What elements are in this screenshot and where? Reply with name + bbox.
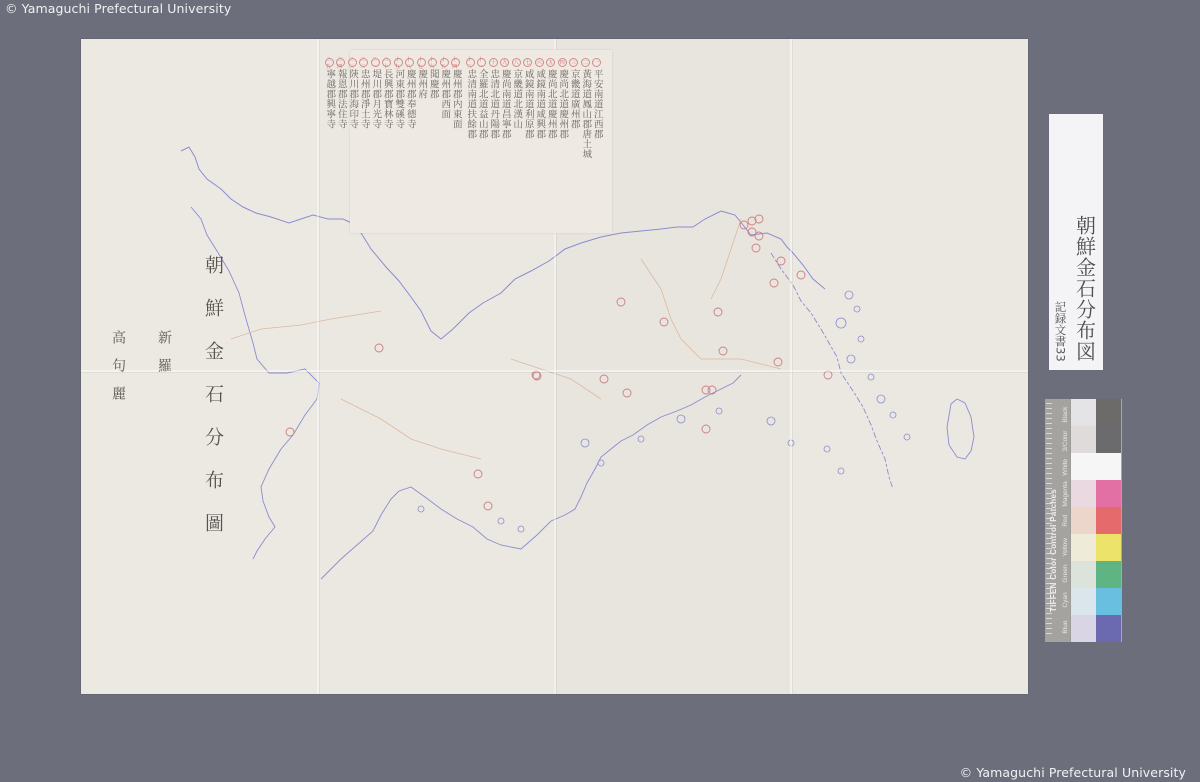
legend-entry: 二黃海道鳳山郡唐土城 bbox=[580, 58, 591, 225]
legend-entry: 二五寧越郡興寧寺 bbox=[324, 58, 335, 225]
region-keys: 新羅 bbox=[154, 255, 174, 556]
site-number: 二 bbox=[581, 58, 590, 67]
site-number: 九 bbox=[500, 58, 509, 67]
card-ruler: TIFFEN Color Control Patches Black 3/Col… bbox=[1045, 399, 1071, 642]
site-number: 十五 bbox=[440, 58, 449, 67]
legend-entry: 十八慶州郡奉德寺 bbox=[405, 58, 416, 225]
legend-entry: 十一全羅北道益山郡 bbox=[477, 58, 488, 225]
site-number: 十七 bbox=[417, 58, 426, 67]
site-number: 五 bbox=[546, 58, 555, 67]
legend-entry: 十四慶州郡内東面 bbox=[451, 58, 462, 225]
dark-patches bbox=[1096, 399, 1121, 642]
site-number: 十九 bbox=[394, 58, 403, 67]
legend-entry: 二四報恩郡法住寺 bbox=[336, 58, 347, 225]
site-number: 十二 bbox=[466, 58, 475, 67]
color-patch-dark-red bbox=[1096, 507, 1121, 534]
color-patch-dark-green bbox=[1096, 561, 1121, 588]
legend-column-right: 一平安南道江西郡 二黃海道鳳山郡唐土城 三京畿道廣州郡 四慶尚北道慶州郡 五慶尚… bbox=[465, 58, 602, 225]
fold-line bbox=[317, 39, 319, 694]
archive-series: 記録文書33 bbox=[1053, 301, 1069, 362]
legend-entry: 二三陝川郡海印寺 bbox=[347, 58, 358, 225]
color-patch-dark-white bbox=[1096, 453, 1121, 480]
color-patch-light-red bbox=[1071, 507, 1096, 534]
site-number: 十四 bbox=[451, 58, 460, 67]
patch-names: Black 3/Color White Magenta Red Yellow G… bbox=[1062, 401, 1069, 640]
site-number: 七 bbox=[523, 58, 532, 67]
legend-entry: 八京畿道北漢山 bbox=[511, 58, 522, 225]
color-control-card: TIFFEN Color Control Patches Black 3/Col… bbox=[1045, 399, 1122, 642]
color-patch-light-magenta bbox=[1071, 480, 1096, 507]
legend-entry: 二一堤川郡月光寺 bbox=[370, 58, 381, 225]
color-patch-dark-3color bbox=[1096, 426, 1121, 453]
site-number: 六 bbox=[535, 58, 544, 67]
site-number: 八 bbox=[512, 58, 521, 67]
site-number: 十一 bbox=[477, 58, 486, 67]
map-legend: 一平安南道江西郡 二黃海道鳳山郡唐土城 三京畿道廣州郡 四慶尚北道慶州郡 五慶尚… bbox=[350, 50, 612, 233]
legend-entry: 十九河東郡雙磎寺 bbox=[393, 58, 404, 225]
fold-line bbox=[790, 39, 792, 694]
site-number: 一 bbox=[592, 58, 601, 67]
color-patch-light-yellow bbox=[1071, 534, 1096, 561]
legend-entry: 一平安南道江西郡 bbox=[592, 58, 603, 225]
color-patch-light-3color bbox=[1071, 426, 1096, 453]
site-number: 二十 bbox=[382, 58, 391, 67]
site-number: 十八 bbox=[405, 58, 414, 67]
copyright-top: © Yamaguchi Prefectural University bbox=[5, 1, 231, 16]
color-patch-light-green bbox=[1071, 561, 1096, 588]
legend-entry: 十二忠清南道扶餘郡 bbox=[465, 58, 476, 225]
site-number: 十六 bbox=[428, 58, 437, 67]
site-number: 二一 bbox=[371, 58, 380, 67]
archive-label: 朝鮮金石分布図 記録文書33 bbox=[1049, 114, 1103, 370]
legend-entry: 十五慶州郡西面 bbox=[439, 58, 450, 225]
legend-entry: 七咸鏡南道利原郡 bbox=[523, 58, 534, 225]
copyright-bottom: © Yamaguchi Prefectural University bbox=[960, 765, 1186, 780]
site-number: 四 bbox=[558, 58, 567, 67]
map-title-block: 朝鮮金石分布圖 新羅 高句麗 bbox=[108, 255, 227, 556]
color-patch-light-cyan bbox=[1071, 588, 1096, 615]
legend-entry: 三京畿道廣州郡 bbox=[569, 58, 580, 225]
legend-entry: 十七慶州府 bbox=[416, 58, 427, 225]
map-title: 朝鮮金石分布圖 bbox=[200, 255, 227, 556]
legend-entry: 五慶尚北道慶州郡 bbox=[546, 58, 557, 225]
site-number: 二三 bbox=[348, 58, 357, 67]
legend-entry: 十忠清北道丹陽郡 bbox=[488, 58, 499, 225]
color-patch-dark-cyan bbox=[1096, 588, 1121, 615]
archive-title: 朝鮮金石分布図 bbox=[1071, 215, 1100, 362]
color-patch-dark-magenta bbox=[1096, 480, 1121, 507]
legend-entry: 四慶尚北道慶州郡 bbox=[557, 58, 568, 225]
color-patch-light-white bbox=[1071, 453, 1096, 480]
light-patches bbox=[1071, 399, 1096, 642]
legend-entry: 十六聞慶郡 bbox=[428, 58, 439, 225]
legend-column-left: 十四慶州郡内東面 十五慶州郡西面 十六聞慶郡 十七慶州府 十八慶州郡奉德寺 十九… bbox=[324, 58, 461, 225]
region-key-silla: 新羅 bbox=[154, 330, 174, 386]
legend-entry: 九慶尚南道昌寧郡 bbox=[500, 58, 511, 225]
site-number: 二五 bbox=[325, 58, 334, 67]
color-patch-dark-black bbox=[1096, 399, 1121, 426]
site-number: 二二 bbox=[359, 58, 368, 67]
color-patch-dark-yellow bbox=[1096, 534, 1121, 561]
legend-entry: 二二忠州郡淨土寺 bbox=[359, 58, 370, 225]
color-patch-light-blue bbox=[1071, 615, 1096, 642]
region-key-goguryeo: 高句麗 bbox=[108, 330, 128, 414]
site-number: 十 bbox=[489, 58, 498, 67]
color-patch-light-black bbox=[1071, 399, 1096, 426]
legend-entry: 二十長興郡寶林寺 bbox=[382, 58, 393, 225]
region-keys: 高句麗 bbox=[108, 255, 128, 556]
site-number: 三 bbox=[569, 58, 578, 67]
card-brand: TIFFEN Color Control Patches bbox=[1049, 489, 1058, 612]
site-number: 二四 bbox=[336, 58, 345, 67]
legend-entry: 六咸鏡南道咸興郡 bbox=[534, 58, 545, 225]
color-patch-dark-blue bbox=[1096, 615, 1121, 642]
